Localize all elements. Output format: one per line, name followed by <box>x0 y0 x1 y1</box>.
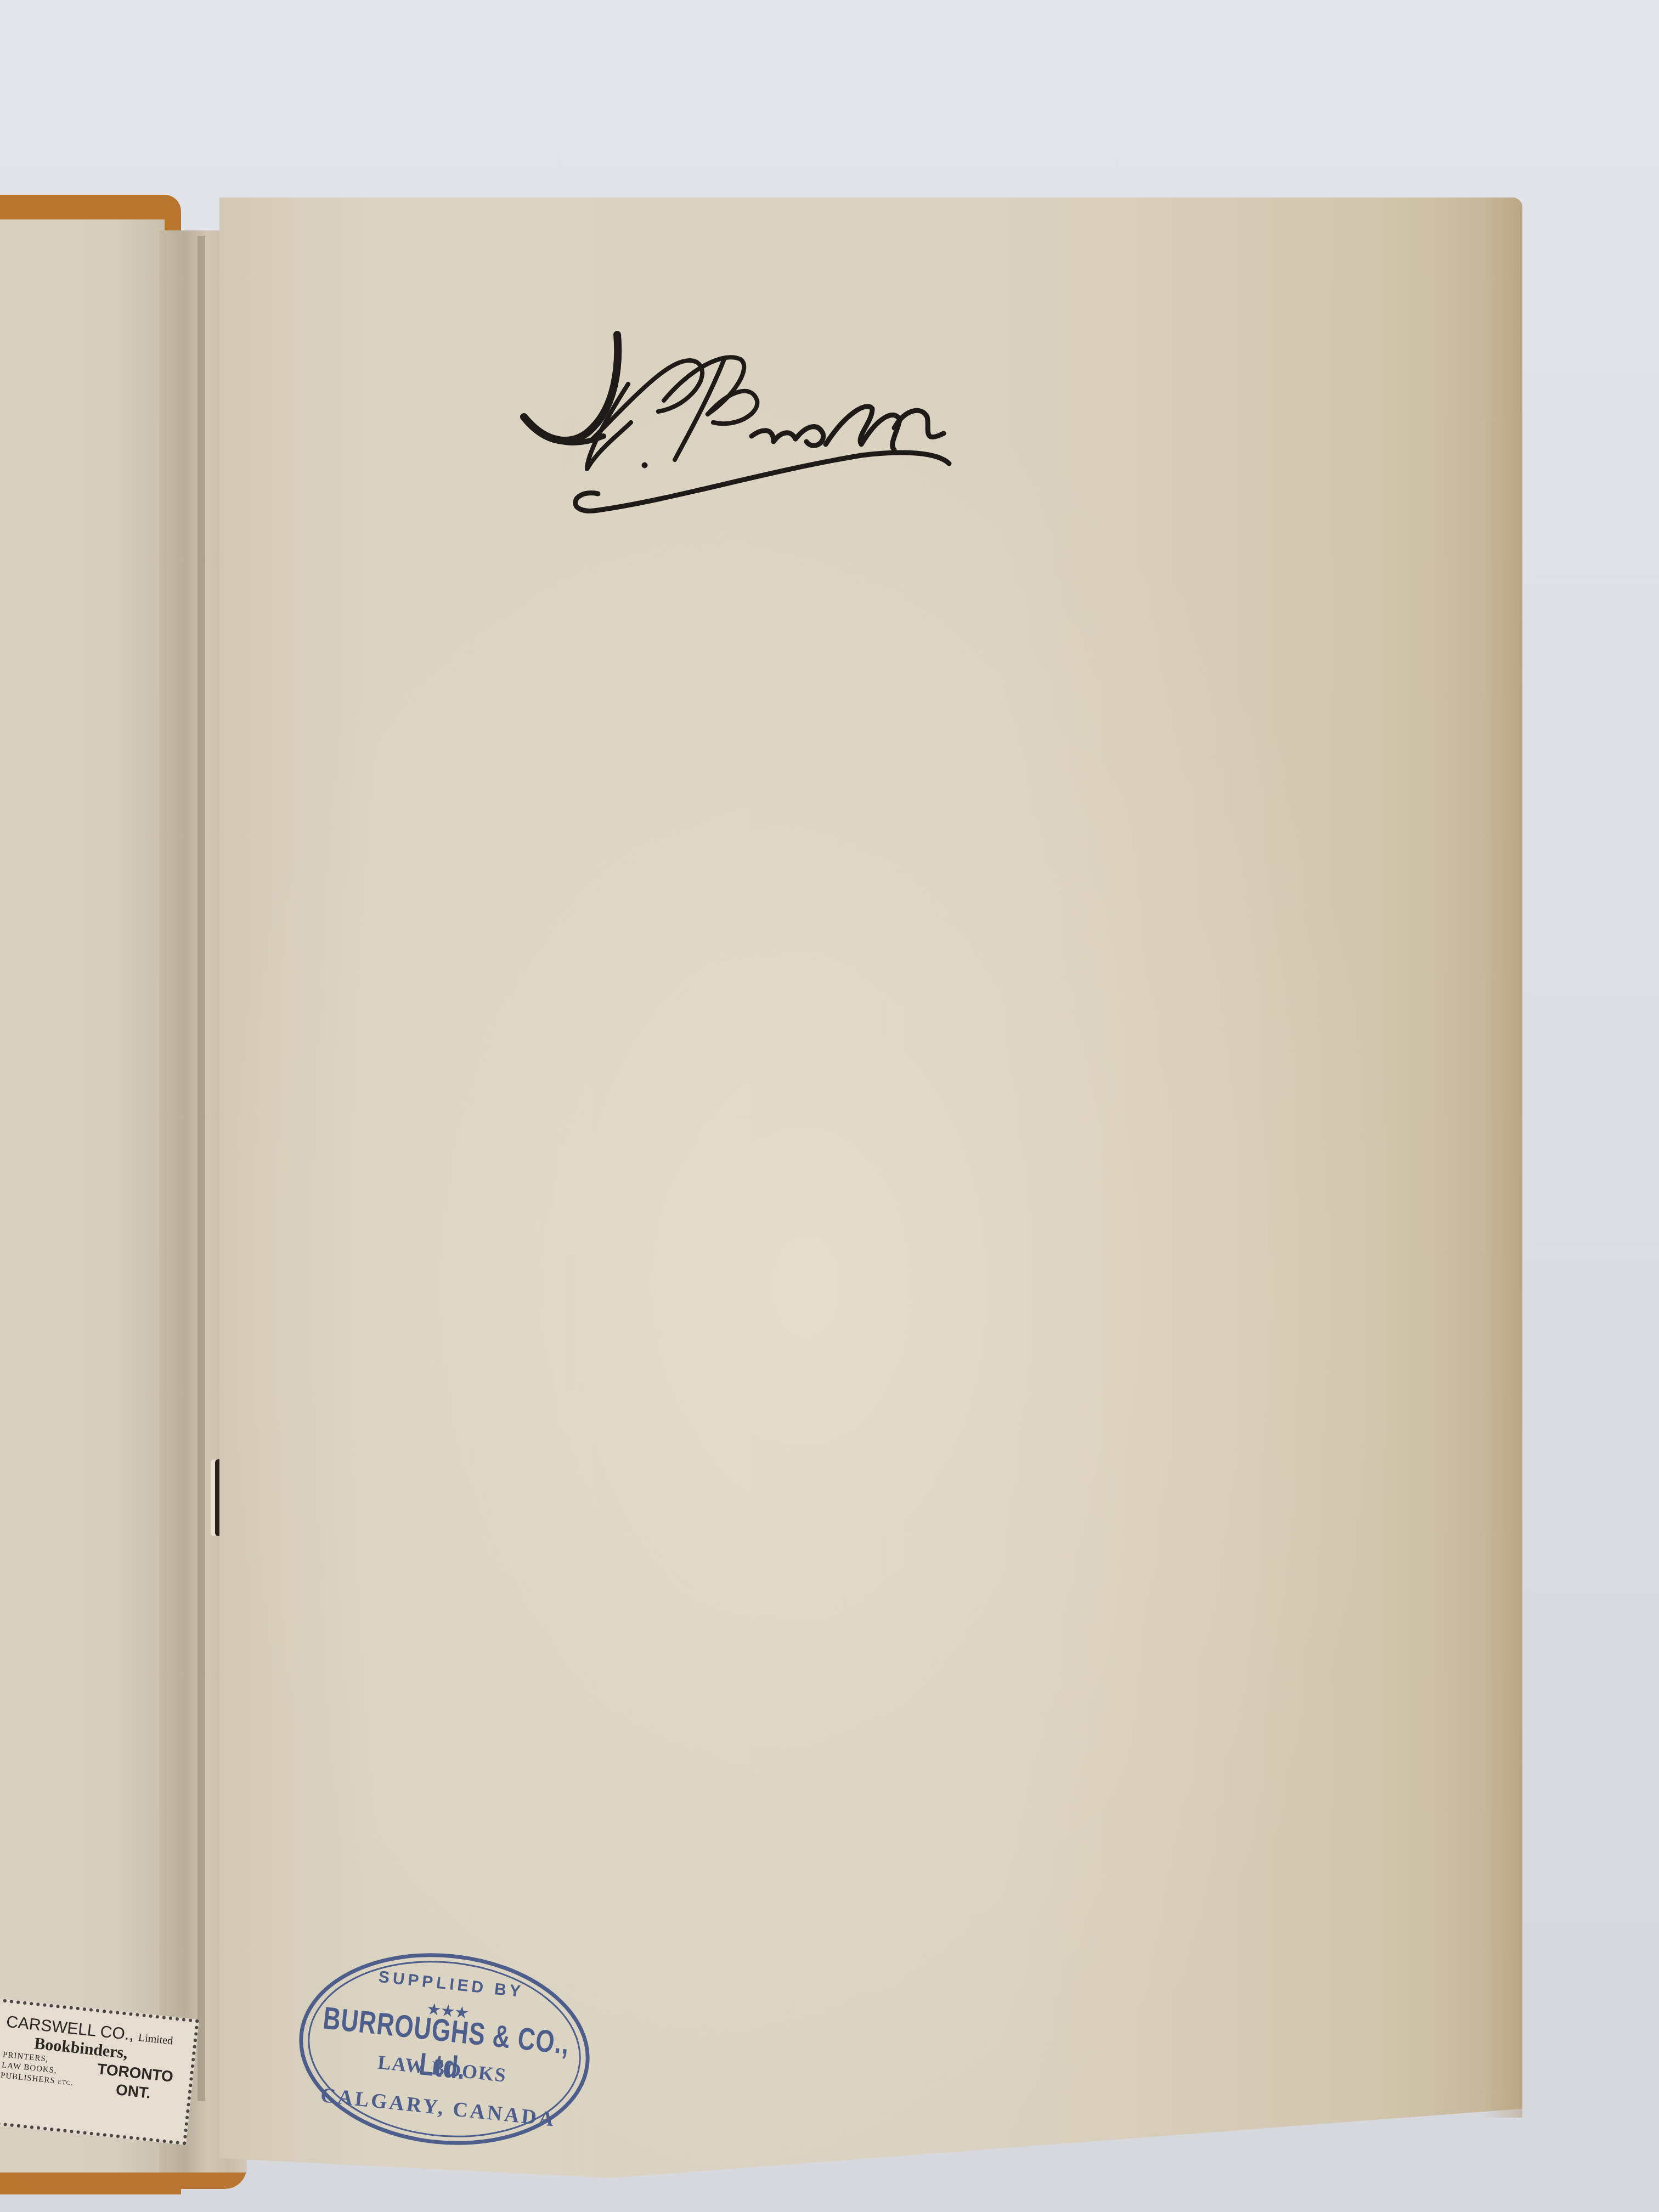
binder-ticket: CARSWELL CO., Limited Bookbinders, PRINT… <box>0 1997 199 2145</box>
hinge-crease <box>198 236 205 2101</box>
left-pastedown-page <box>0 219 165 2172</box>
owner-signature: J. D. Brown <box>510 318 1223 516</box>
binder-company-suffix: Limited <box>138 2032 173 2047</box>
signature-ink-icon <box>510 318 1223 516</box>
bookseller-stamp: SUPPLIED BY ★★★ BURROUGHS & CO., Ltd. LA… <box>287 1936 602 2163</box>
binder-address: TORONTO ONT. <box>94 2059 174 2104</box>
page-edge-toning <box>1481 198 1522 2118</box>
